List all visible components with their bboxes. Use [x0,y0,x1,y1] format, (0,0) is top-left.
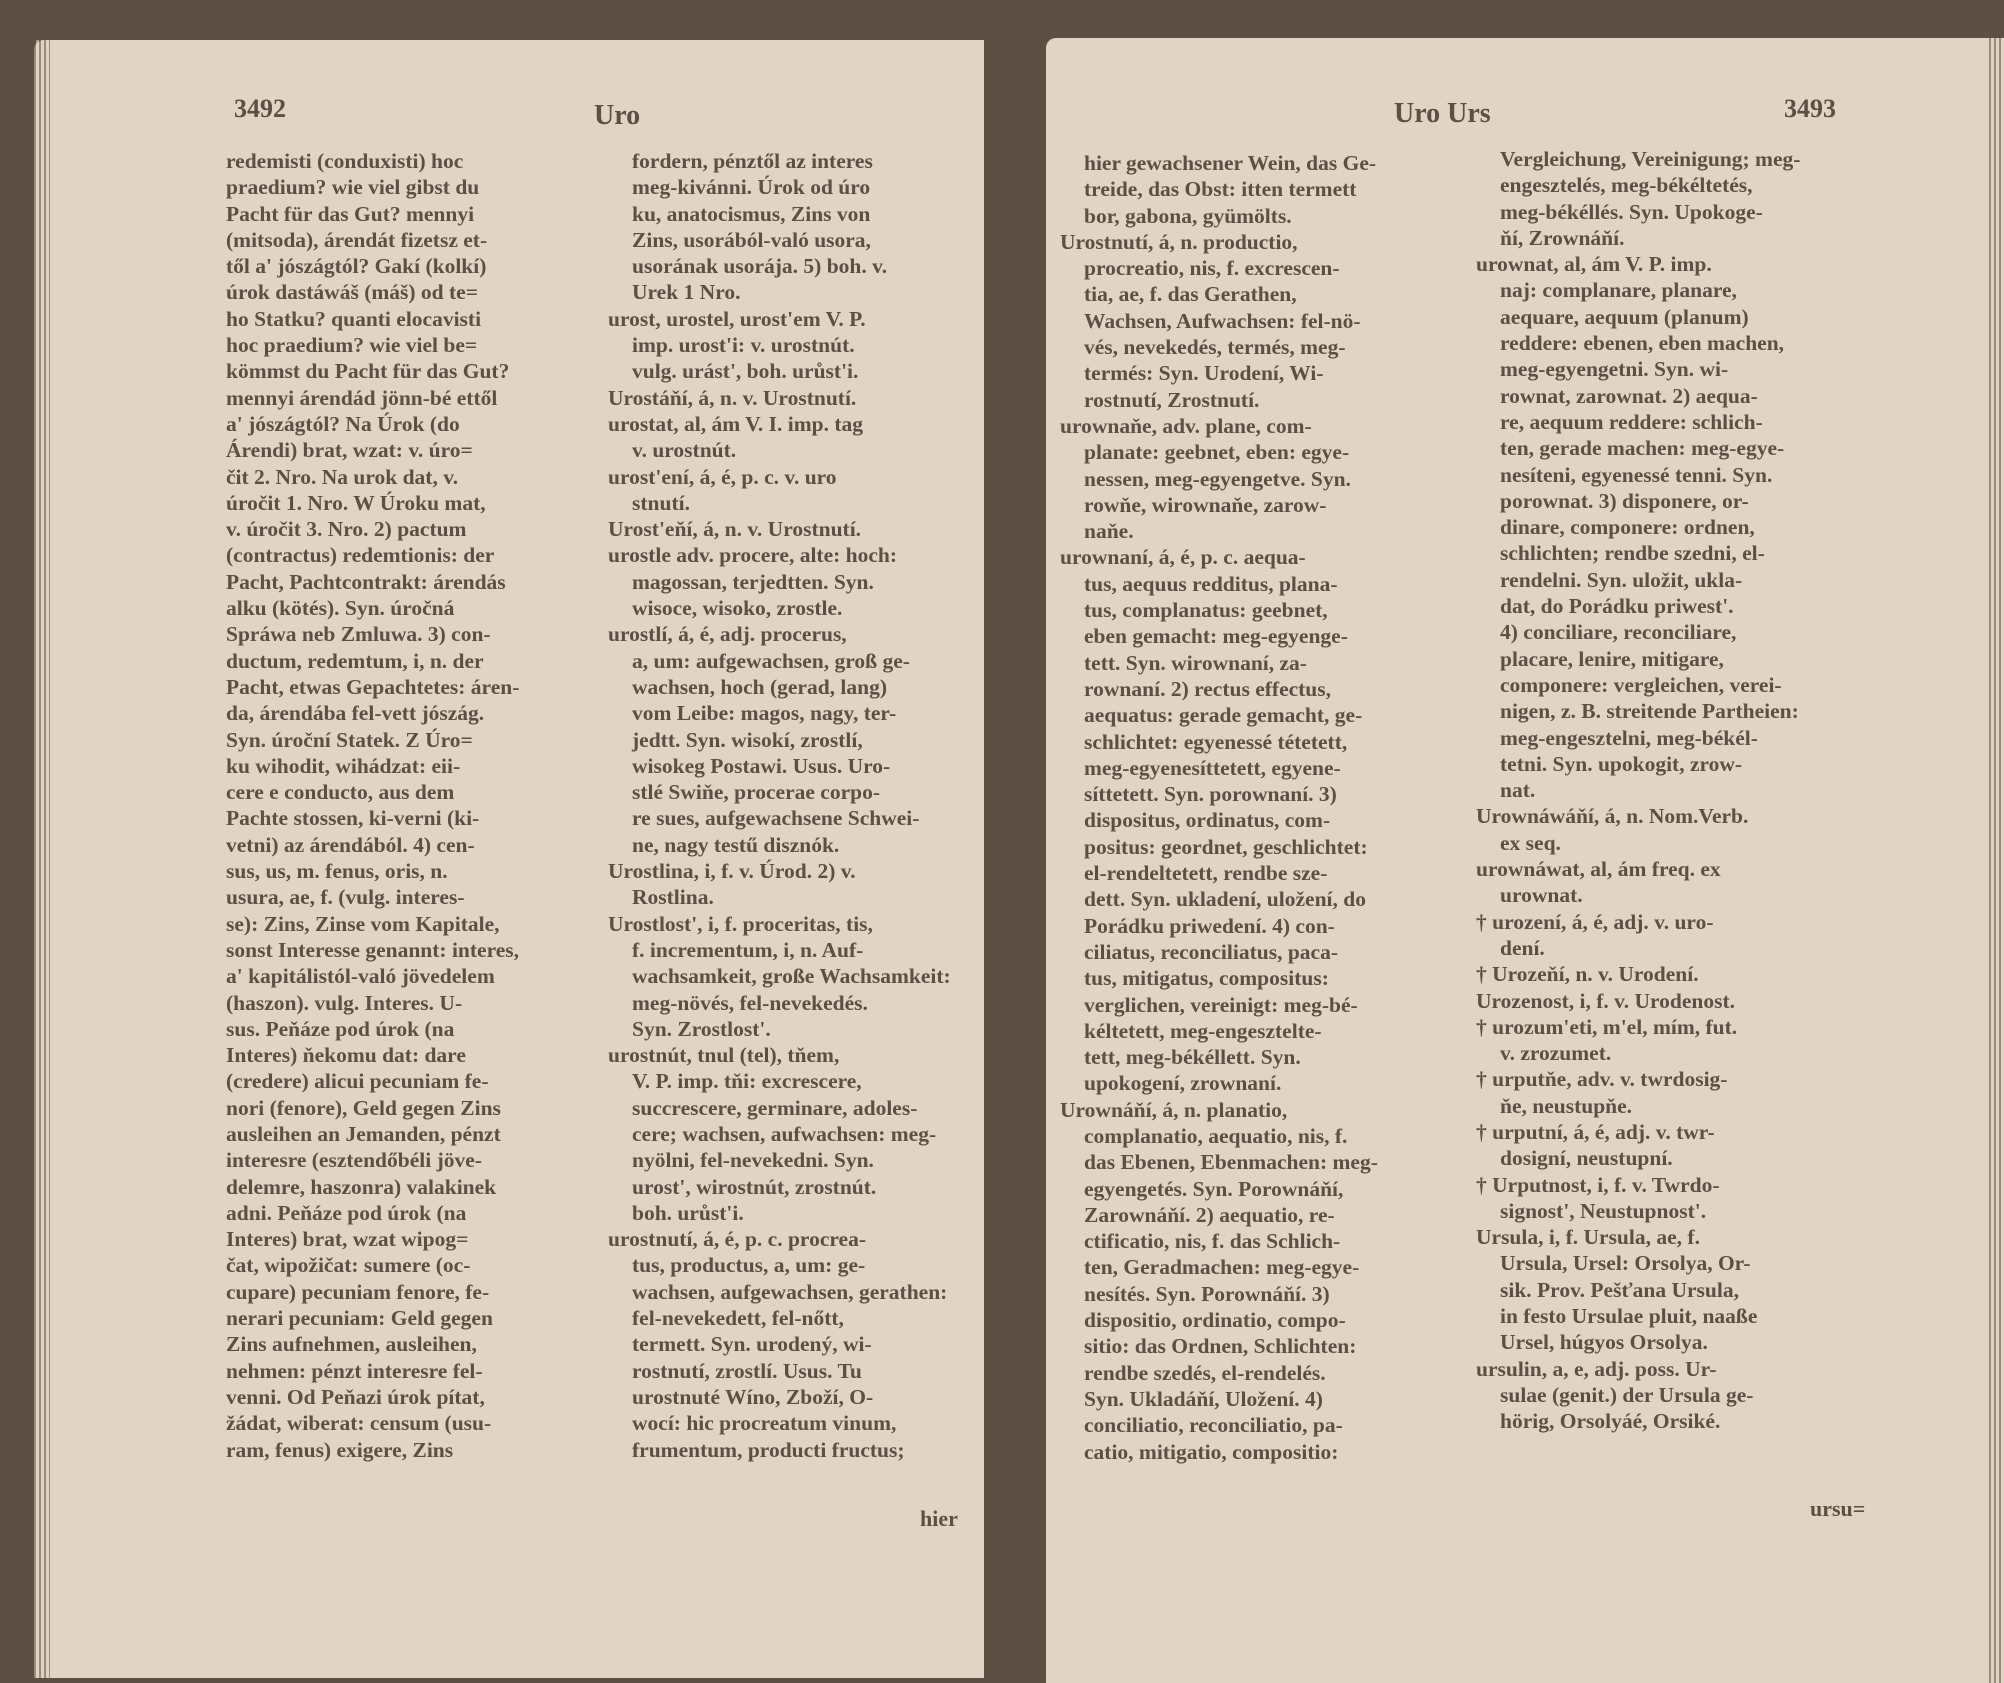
entry-headword-line: v. úročit 3. Nro. 2) pactum [226,516,598,542]
entry-headword-line: se): Zins, Zinse vom Kapitale, [226,911,598,937]
entry-continuation-line: hörig, Orsolyáé, Orsiké. [1476,1408,1888,1434]
entry-headword-line: ho Statku? quanti elocavisti [226,306,598,332]
entry-continuation-line: Urek 1 Nro. [608,279,1004,305]
entry-continuation-line: nesítés. Syn. Porownáňí. 3) [1060,1281,1480,1307]
entry-continuation-line: kéltetett, meg-engesztelte- [1060,1018,1480,1044]
entry-headword-line: Spráwa neb Zmluwa. 3) con- [226,621,598,647]
entry-continuation-line: síttetett. Syn. porownaní. 3) [1060,781,1480,807]
entry-continuation-line: jedtt. Syn. wisokí, zrostlí, [608,727,1004,753]
entry-continuation-line: boh. urůst'i. [608,1200,1004,1226]
entry-continuation-line: aequare, aequum (planum) [1476,304,1888,330]
entry-headword-line: delemre, haszonra) valakinek [226,1174,598,1200]
entry-headword-line: sus, us, m. fenus, oris, n. [226,858,598,884]
entry-headword-line: urost'ení, á, é, p. c. v. uro [608,464,1004,490]
entry-continuation-line: urownat. [1476,882,1888,908]
entry-continuation-line: egyengetés. Syn. Porownáňí, [1060,1176,1480,1202]
entry-continuation-line: wisokeg Postawi. Usus. Uro- [608,753,1004,779]
entry-continuation-line: vulg. urást', boh. urůst'i. [608,358,1004,384]
entry-headword-line: Urownáňí, á, n. planatio, [1060,1097,1480,1123]
entry-headword-line: urostnút, tnul (tel), tňem, [608,1042,1004,1068]
entry-headword-line: hoc praedium? wie viel be= [226,332,598,358]
entry-continuation-line: tetni. Syn. upokogit, zrow- [1476,751,1888,777]
entry-continuation-line: nat. [1476,777,1888,803]
entry-continuation-line: Porádku priwedení. 4) con- [1060,913,1480,939]
entry-continuation-line: meg-békéllés. Syn. Upokoge- [1476,199,1888,225]
entry-continuation-line: succrescere, germinare, adoles- [608,1095,1004,1121]
entry-continuation-line: dispositus, ordinatus, com- [1060,807,1480,833]
entry-continuation-line: Syn. Zrostlost'. [608,1016,1004,1042]
running-head: Uro [594,100,640,132]
entry-headword-line: interesre (esztendőbéli jöve- [226,1147,598,1173]
entry-continuation-line: fel-nevekedett, fel-nőtt, [608,1305,1004,1331]
page-edge-right [1986,38,2004,1683]
page-number: 3492 [234,94,286,124]
entry-continuation-line: re sues, aufgewachsene Schwei- [608,805,1004,831]
entry-headword-line: úrok dastáwáš (máš) od te= [226,279,598,305]
entry-continuation-line: wachsen, aufgewachsen, gerathen: [608,1279,1004,1305]
entry-continuation-line: rendelni. Syn. uložit, ukla- [1476,567,1888,593]
entry-continuation-line: dispositio, ordinatio, compo- [1060,1307,1480,1333]
entry-continuation-line: ex seq. [1476,830,1888,856]
entry-continuation-line: sitio: das Ordnen, Schlichten: [1060,1333,1480,1359]
entry-continuation-line: dett. Syn. ukladení, uložení, do [1060,886,1480,912]
entry-continuation-line: Syn. Ukladáňí, Uložení. 4) [1060,1386,1480,1412]
entry-headword-line: urostlí, á, é, adj. procerus, [608,621,1004,647]
entry-continuation-line: meg-növés, fel-nevekedés. [608,990,1004,1016]
entry-continuation-line: ňí, Zrownáňí. [1476,225,1888,251]
entry-headword-line: venni. Od Peňazi úrok pítat, [226,1384,598,1410]
right-column-2: Vergleichung, Vereinigung; meg-engesztel… [1476,146,1888,1435]
entry-continuation-line: v. zrozumet. [1476,1040,1888,1066]
entry-continuation-line: dat, do Porádku priwest'. [1476,593,1888,619]
left-column-2: fordern, pénztől az interesmeg-kivánni. … [608,148,1004,1463]
entry-headword-line: Pacht, etwas Gepachtetes: áren- [226,674,598,700]
entry-continuation-line: procreatio, nis, f. excrescen- [1060,255,1480,281]
entry-headword-line: (credere) alicui pecuniam fe- [226,1068,598,1094]
entry-continuation-line: complanatio, aequatio, nis, f. [1060,1123,1480,1149]
entry-continuation-line: nyölni, fel-nevekedni. Syn. [608,1147,1004,1173]
entry-continuation-line: urostnuté Wíno, Zboží, O- [608,1384,1004,1410]
entry-headword-line: Urozenost, i, f. v. Urodenost. [1476,988,1888,1014]
entry-continuation-line: componere: vergleichen, verei- [1476,672,1888,698]
entry-headword-line: urost, urostel, urost'em V. P. [608,306,1004,332]
entry-headword-line: žádat, wiberat: censum (usu- [226,1410,598,1436]
entry-headword-line: kömmst du Pacht für das Gut? [226,358,598,384]
entry-headword-line: Urostáňí, á, n. v. Urostnutí. [608,385,1004,411]
entry-headword-line: urownaňe, adv. plane, com- [1060,413,1480,439]
entry-headword-line: cupare) pecuniam fenore, fe- [226,1279,598,1305]
entry-headword-line: ram, fenus) exigere, Zins [226,1437,598,1463]
entry-continuation-line: wachsamkeit, große Wachsamkeit: [608,963,1004,989]
entry-headword-line: † Urozeňí, n. v. Urodení. [1476,961,1888,987]
entry-headword-line: Interes) brat, wzat wipog= [226,1226,598,1252]
entry-continuation-line: termés: Syn. Urodení, Wi- [1060,360,1480,386]
entry-headword-line: Urownáwáňí, á, n. Nom.Verb. [1476,803,1888,829]
entry-headword-line: Urostlost', i, f. proceritas, tis, [608,911,1004,937]
entry-continuation-line: catio, mitigatio, compositio: [1060,1439,1480,1465]
catchword: hier [920,1506,958,1532]
entry-headword-line: † urputní, á, é, adj. v. twr- [1476,1119,1888,1145]
entry-continuation-line: eben gemacht: meg-egyenge- [1060,623,1480,649]
entry-headword-line: (contractus) redemtionis: der [226,542,598,568]
entry-continuation-line: dení. [1476,935,1888,961]
entry-headword-line: usura, ae, f. (vulg. interes- [226,884,598,910]
entry-continuation-line: Ursula, Ursel: Orsolya, Or- [1476,1250,1888,1276]
entry-continuation-line: ctificatio, nis, f. das Schlich- [1060,1228,1480,1254]
entry-headword-line: Urostlina, i, f. v. Úrod. 2) v. [608,858,1004,884]
entry-continuation-line: Vergleichung, Vereinigung; meg- [1476,146,1888,172]
entry-continuation-line: Wachsen, Aufwachsen: fel-nö- [1060,308,1480,334]
entry-continuation-line: naňe. [1060,518,1480,544]
entry-continuation-line: a, um: aufgewachsen, groß ge- [608,648,1004,674]
entry-headword-line: a' kapitálistól-való jövedelem [226,963,598,989]
entry-continuation-line: v. urostnút. [608,437,1004,463]
entry-headword-line: † Urputnost, i, f. v. Twrdo- [1476,1172,1888,1198]
entry-continuation-line: nigen, z. B. streitende Partheien: [1476,698,1888,724]
entry-headword-line: ductum, redemtum, i, n. der [226,648,598,674]
entry-continuation-line: tett. Syn. wirownaní, za- [1060,650,1480,676]
entry-continuation-line: Zarownáňí. 2) aequatio, re- [1060,1202,1480,1228]
entry-continuation-line: cere; wachsen, aufwachsen: meg- [608,1121,1004,1147]
entry-continuation-line: Zins, usorából-való usora, [608,227,1004,253]
entry-continuation-line: tus, mitigatus, compositus: [1060,965,1480,991]
entry-headword-line: Syn. úroční Statek. Z Úro= [226,727,598,753]
entry-continuation-line: urost', wirostnút, zrostnút. [608,1174,1004,1200]
entry-continuation-line: verglichen, vereinigt: meg-bé- [1060,992,1480,1018]
right-column-1: hier gewachsener Wein, das Ge-treide, da… [1060,150,1480,1465]
entry-headword-line: mennyi árendád jönn-bé ettől [226,385,598,411]
entry-continuation-line: ne, nagy testű disznók. [608,832,1004,858]
entry-continuation-line: hier gewachsener Wein, das Ge- [1060,150,1480,176]
entry-headword-line: redemisti (conduxisti) hoc [226,148,598,174]
entry-headword-line: sonst Interesse genannt: interes, [226,937,598,963]
entry-continuation-line: meg-egyengetni. Syn. wi- [1476,356,1888,382]
entry-continuation-line: in festo Ursulae pluit, naaße [1476,1303,1888,1329]
entry-continuation-line: wocí: hic procreatum vinum, [608,1410,1004,1436]
entry-headword-line: Pacht, Pachtcontrakt: árendás [226,569,598,595]
entry-continuation-line: stlé Swiňe, procerae corpo- [608,779,1004,805]
entry-continuation-line: reddere: ebenen, eben machen, [1476,330,1888,356]
entry-continuation-line: sik. Prov. Pešťana Ursula, [1476,1277,1888,1303]
entry-continuation-line: fordern, pénztől az interes [608,148,1004,174]
entry-continuation-line: tia, ae, f. das Gerathen, [1060,281,1480,307]
entry-continuation-line: imp. urost'i: v. urostnút. [608,332,1004,358]
entry-headword-line: da, árendába fel-vett jószág. [226,700,598,726]
entry-headword-line: Ursula, i, f. Ursula, ae, f. [1476,1224,1888,1250]
entry-headword-line: † urputňe, adv. v. twrdosig- [1476,1066,1888,1092]
entry-headword-line: urownáwat, al, ám freq. ex [1476,856,1888,882]
catchword: ursu= [1810,1496,1865,1522]
entry-continuation-line: engesztelés, meg-békéltetés, [1476,172,1888,198]
entry-continuation-line: vés, nevekedés, termés, meg- [1060,334,1480,360]
page-edge-left [34,40,50,1678]
running-head: Uro Urs [1394,98,1491,130]
entry-continuation-line: wachsen, hoch (gerad, lang) [608,674,1004,700]
entry-headword-line: (haszon). vulg. Interes. U- [226,990,598,1016]
entry-headword-line: ku wihodit, wihádzat: eii- [226,753,598,779]
entry-headword-line: ursulin, a, e, adj. poss. Ur- [1476,1356,1888,1382]
entry-continuation-line: tus, productus, a, um: ge- [608,1252,1004,1278]
entry-headword-line: alku (kötés). Syn. úročná [226,595,598,621]
entry-continuation-line: ku, anatocismus, Zins von [608,201,1004,227]
entry-continuation-line: ňe, neustupňe. [1476,1093,1888,1119]
entry-continuation-line: rostnutí, Zrostnutí. [1060,387,1480,413]
entry-continuation-line: meg-engesztelni, meg-békél- [1476,725,1888,751]
entry-continuation-line: das Ebenen, Ebenmachen: meg- [1060,1149,1480,1175]
entry-headword-line: urostnutí, á, é, p. c. procrea- [608,1226,1004,1252]
entry-continuation-line: tus, aequus redditus, plana- [1060,571,1480,597]
entry-continuation-line: schlichten; rendbe szedni, el- [1476,540,1888,566]
entry-continuation-line: 4) conciliare, reconciliare, [1476,619,1888,645]
entry-continuation-line: tus, complanatus: geebnet, [1060,597,1480,623]
entry-continuation-line: rownaní. 2) rectus effectus, [1060,676,1480,702]
entry-continuation-line: Rostlina. [608,884,1004,910]
entry-continuation-line: ten, Geradmachen: meg-egye- [1060,1254,1480,1280]
entry-continuation-line: meg-kivánni. Úrok od úro [608,174,1004,200]
entry-continuation-line: aequatus: gerade gemacht, ge- [1060,702,1480,728]
entry-continuation-line: usorának usorája. 5) boh. v. [608,253,1004,279]
entry-headword-line: vetni) az árendából. 4) cen- [226,832,598,858]
entry-continuation-line: sulae (genit.) der Ursula ge- [1476,1382,1888,1408]
entry-continuation-line: f. incrementum, i, n. Auf- [608,937,1004,963]
entry-headword-line: † urození, á, é, adj. v. uro- [1476,909,1888,935]
entry-continuation-line: treide, das Obst: itten termett [1060,176,1480,202]
entry-headword-line: čat, wipožičat: sumere (oc- [226,1252,598,1278]
entry-headword-line: praedium? wie viel gibst du [226,174,598,200]
entry-continuation-line: positus: geordnet, geschlichtet: [1060,834,1480,860]
entry-headword-line: nori (fenore), Geld gegen Zins [226,1095,598,1121]
entry-continuation-line: wisoce, wisoko, zrostle. [608,595,1004,621]
entry-continuation-line: signost', Neustupnost'. [1476,1198,1888,1224]
entry-headword-line: urostle adv. procere, alte: hoch: [608,542,1004,568]
entry-continuation-line: conciliatio, reconciliatio, pa- [1060,1412,1480,1438]
entry-continuation-line: rostnutí, zrostlí. Usus. Tu [608,1358,1004,1384]
entry-headword-line: (mitsoda), árendát fizetsz et- [226,227,598,253]
page-number: 3493 [1784,94,1836,124]
entry-continuation-line: Ursel, húgyos Orsolya. [1476,1329,1888,1355]
entry-headword-line: urownat, al, ám V. P. imp. [1476,251,1888,277]
entry-headword-line: től a' jószágtól? Gakí (kolkí) [226,253,598,279]
entry-headword-line: sus. Peňáze pod úrok (na [226,1016,598,1042]
entry-continuation-line: rowňe, wirownaňe, zarow- [1060,492,1480,518]
entry-continuation-line: schlichtet: egyenessé tétetett, [1060,729,1480,755]
entry-headword-line: Urostnutí, á, n. productio, [1060,229,1480,255]
entry-headword-line: Pacht für das Gut? mennyi [226,201,598,227]
entry-continuation-line: frumentum, producti fructus; [608,1437,1004,1463]
entry-continuation-line: termett. Syn. urodený, wi- [608,1331,1004,1357]
entry-continuation-line: porownat. 3) disponere, or- [1476,488,1888,514]
entry-headword-line: Zins aufnehmen, ausleihen, [226,1331,598,1357]
entry-continuation-line: nessen, meg-egyengetve. Syn. [1060,466,1480,492]
entry-headword-line: cere e conducto, aus dem [226,779,598,805]
entry-headword-line: čit 2. Nro. Na urok dat, v. [226,464,598,490]
entry-continuation-line: meg-egyenesíttetett, egyene- [1060,755,1480,781]
entry-continuation-line: nesíteni, egyenessé tenni. Syn. [1476,462,1888,488]
entry-headword-line: Interes) ňekomu dat: dare [226,1042,598,1068]
entry-continuation-line: re, aequum reddere: schlich- [1476,409,1888,435]
entry-headword-line: † urozum'eti, m'el, mím, fut. [1476,1014,1888,1040]
left-column-1: redemisti (conduxisti) hocpraedium? wie … [226,148,598,1463]
entry-headword-line: urownaní, á, é, p. c. aequa- [1060,544,1480,570]
entry-continuation-line: rendbe szedés, el-rendelés. [1060,1360,1480,1386]
entry-continuation-line: stnutí. [608,490,1004,516]
entry-headword-line: nehmen: pénzt interesre fel- [226,1358,598,1384]
entry-continuation-line: el-rendeltetett, rendbe sze- [1060,860,1480,886]
entry-continuation-line: V. P. imp. tňi: excrescere, [608,1068,1004,1094]
entry-continuation-line: rownat, zarownat. 2) aequa- [1476,383,1888,409]
entry-continuation-line: magossan, terjedtten. Syn. [608,569,1004,595]
entry-headword-line: úročit 1. Nro. W Úroku mat, [226,490,598,516]
entry-continuation-line: dosigní, neustupní. [1476,1145,1888,1171]
left-page: 3492 Uro redemisti (conduxisti) hocpraed… [34,40,994,1678]
entry-continuation-line: ten, gerade machen: meg-egye- [1476,435,1888,461]
entry-headword-line: a' jószágtól? Na Úrok (do [226,411,598,437]
entry-continuation-line: vom Leibe: magos, nagy, ter- [608,700,1004,726]
entry-continuation-line: tett, meg-békéllett. Syn. [1060,1044,1480,1070]
entry-continuation-line: dinare, componere: ordnen, [1476,514,1888,540]
entry-headword-line: Árendi) brat, wzat: v. úro= [226,437,598,463]
entry-continuation-line: naj: complanare, planare, [1476,277,1888,303]
right-page: Uro Urs 3493 hier gewachsener Wein, das … [1046,38,2004,1683]
entry-headword-line: Pachte stossen, ki-verni (ki- [226,805,598,831]
entry-continuation-line: bor, gabona, gyümölts. [1060,203,1480,229]
entry-headword-line: nerari pecuniam: Geld gegen [226,1305,598,1331]
entry-headword-line: adni. Peňáze pod úrok (na [226,1200,598,1226]
gutter-shadow [984,40,1034,1678]
entry-continuation-line: ciliatus, reconciliatus, paca- [1060,939,1480,965]
entry-continuation-line: planate: geebnet, eben: egye- [1060,439,1480,465]
entry-headword-line: urostat, al, ám V. I. imp. tag [608,411,1004,437]
entry-continuation-line: placare, lenire, mitigare, [1476,646,1888,672]
entry-continuation-line: upokogení, zrownaní. [1060,1070,1480,1096]
entry-headword-line: Urost'eňí, á, n. v. Urostnutí. [608,516,1004,542]
entry-headword-line: ausleihen an Jemanden, pénzt [226,1121,598,1147]
